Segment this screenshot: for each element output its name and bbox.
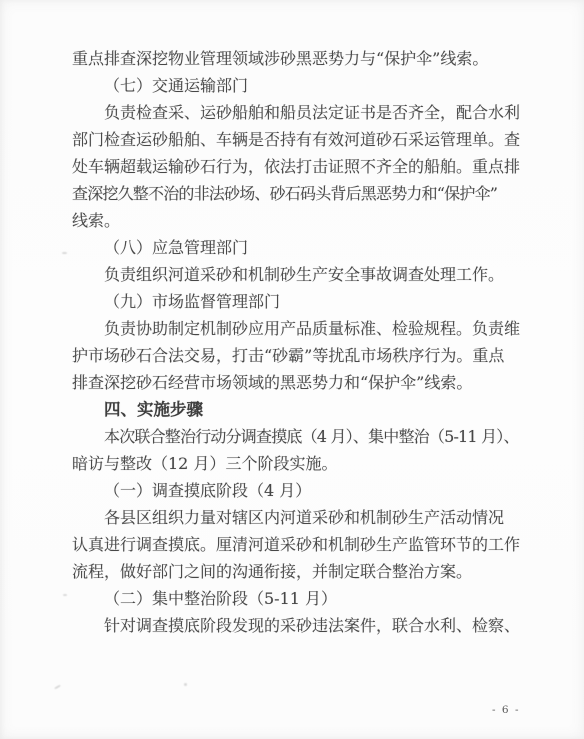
document-page: 重点排查深挖物业管理领域涉砂黑恶势力与“保护伞”线索。 （七）交通运输部门 负责… (0, 0, 584, 739)
scan-artifact (62, 252, 67, 254)
text-line: 排查深挖砂石经营市场领域的黑恶势力和“保护伞”线索。 (72, 369, 520, 396)
scan-artifact (63, 594, 67, 596)
subsection-heading: （二）集中整治阶段（5-11 月） (72, 585, 520, 612)
subsection-heading: （七）交通运输部门 (72, 72, 520, 99)
text-line: 针对调查摸底阶段发现的采砂违法案件，联合水利、检察、 (72, 612, 520, 639)
text-line: 查深挖久整不治的非法砂场、砂石码头背后黑恶势力和“保护伞” (72, 180, 520, 207)
text-line: 负责组织河道采砂和机制砂生产安全事故调查处理工作。 (72, 261, 520, 288)
text-line: 护市场砂石合法交易，打击“砂霸”等扰乱市场秩序行为。重点 (72, 342, 520, 369)
text-line: 本次联合整治行动分调查摸底（4 月）、集中整治（5-11 月）、 (72, 423, 520, 450)
text-line: 暗访与整改（12 月）三个阶段实施。 (72, 450, 520, 477)
scan-artifact (54, 684, 61, 689)
page-number: - 6 - (72, 704, 520, 716)
text-line: 部门检查运砂船舶、车辆是否持有有效河道砂石采运管理单。查 (72, 126, 520, 153)
text-line: 认真进行调查摸底。厘清河道采砂和机制砂生产监管环节的工作 (72, 531, 520, 558)
subsection-heading: （八）应急管理部门 (72, 234, 520, 261)
text-line: 负责协助制定机制砂应用产品质量标准、检验规程。负责维 (72, 315, 520, 342)
text-line: 处车辆超载运输砂石行为，依法打击证照不齐全的船舶。重点排 (72, 153, 520, 180)
text-line: 流程，做好部门之间的沟通衔接，并制定联合整治方案。 (72, 558, 520, 585)
text-line: 负责检查采、运砂船舶和船员法定证书是否齐全，配合水利 (72, 99, 520, 126)
text-line: 线索。 (72, 207, 520, 234)
text-line: 各县区组织力量对辖区内河道采砂和机制砂生产活动情况 (72, 504, 520, 531)
subsection-heading: （一）调查摸底阶段（4 月） (72, 477, 520, 504)
section-heading: 四、实施步骤 (72, 396, 520, 423)
text-line: 重点排查深挖物业管理领域涉砂黑恶势力与“保护伞”线索。 (72, 45, 520, 72)
document-body: 重点排查深挖物业管理领域涉砂黑恶势力与“保护伞”线索。 （七）交通运输部门 负责… (72, 45, 520, 639)
subsection-heading: （九）市场监督管理部门 (72, 288, 520, 315)
scan-artifact (184, 683, 187, 686)
